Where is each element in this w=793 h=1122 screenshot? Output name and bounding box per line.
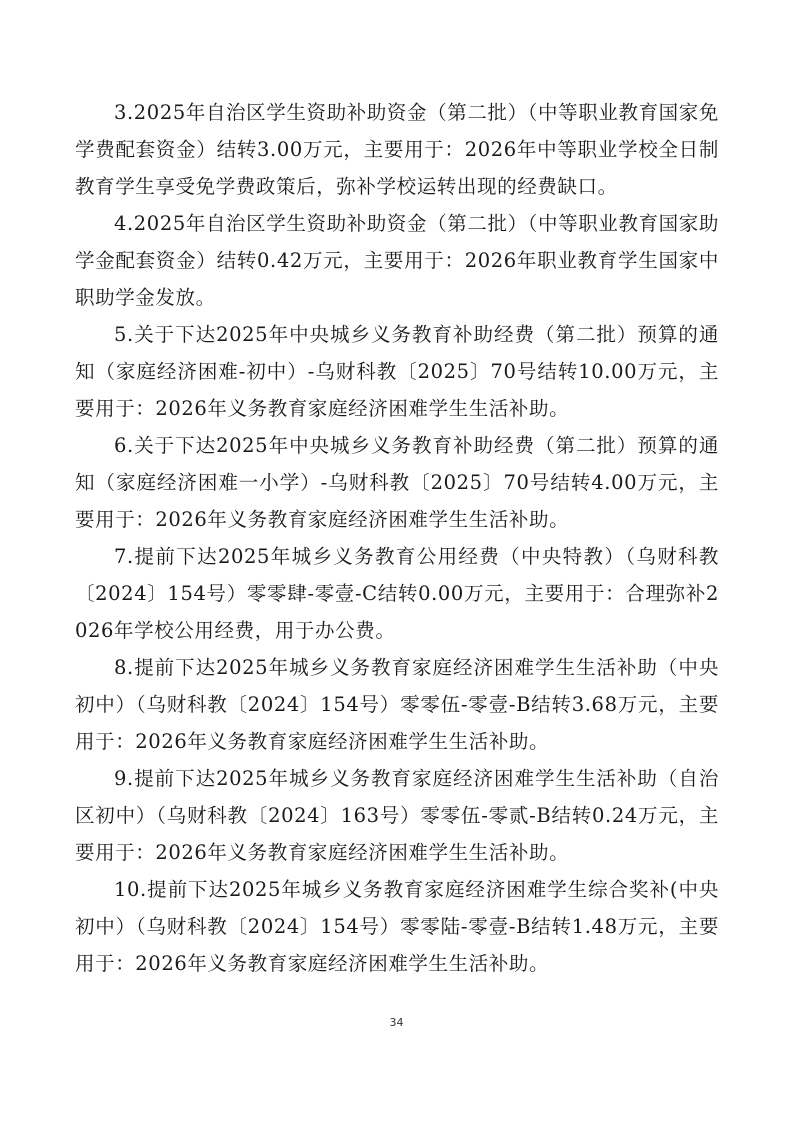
paragraph-item-6: 6.关于下达2025年中央城乡义务教育补助经费（第二批）预算的通知（家庭经济困难…	[75, 427, 719, 538]
page-number: 34	[0, 1016, 793, 1029]
paragraph-item-9: 9.提前下达2025年城乡义务教育家庭经济困难学生生活补助（自治区初中）（乌财科…	[75, 760, 719, 871]
paragraph-item-7: 7.提前下达2025年城乡义务教育公用经费（中央特教）（乌财科教〔2024〕15…	[75, 538, 719, 649]
paragraph-item-10: 10.提前下达2025年城乡义务教育家庭经济困难学生综合奖补(中央初中）（乌财科…	[75, 871, 719, 982]
paragraph-item-3: 3.2025年自治区学生资助补助资金（第二批）（中等职业教育国家免学费配套资金）…	[75, 94, 719, 205]
paragraph-item-5: 5.关于下达2025年中央城乡义务教育补助经费（第二批）预算的通知（家庭经济困难…	[75, 316, 719, 427]
paragraph-item-8: 8.提前下达2025年城乡义务教育家庭经济困难学生生活补助（中央初中）（乌财科教…	[75, 649, 719, 760]
paragraph-item-4: 4.2025年自治区学生资助补助资金（第二批）（中等职业教育国家助学金配套资金）…	[75, 205, 719, 316]
document-body: 3.2025年自治区学生资助补助资金（第二批）（中等职业教育国家免学费配套资金）…	[75, 94, 719, 982]
